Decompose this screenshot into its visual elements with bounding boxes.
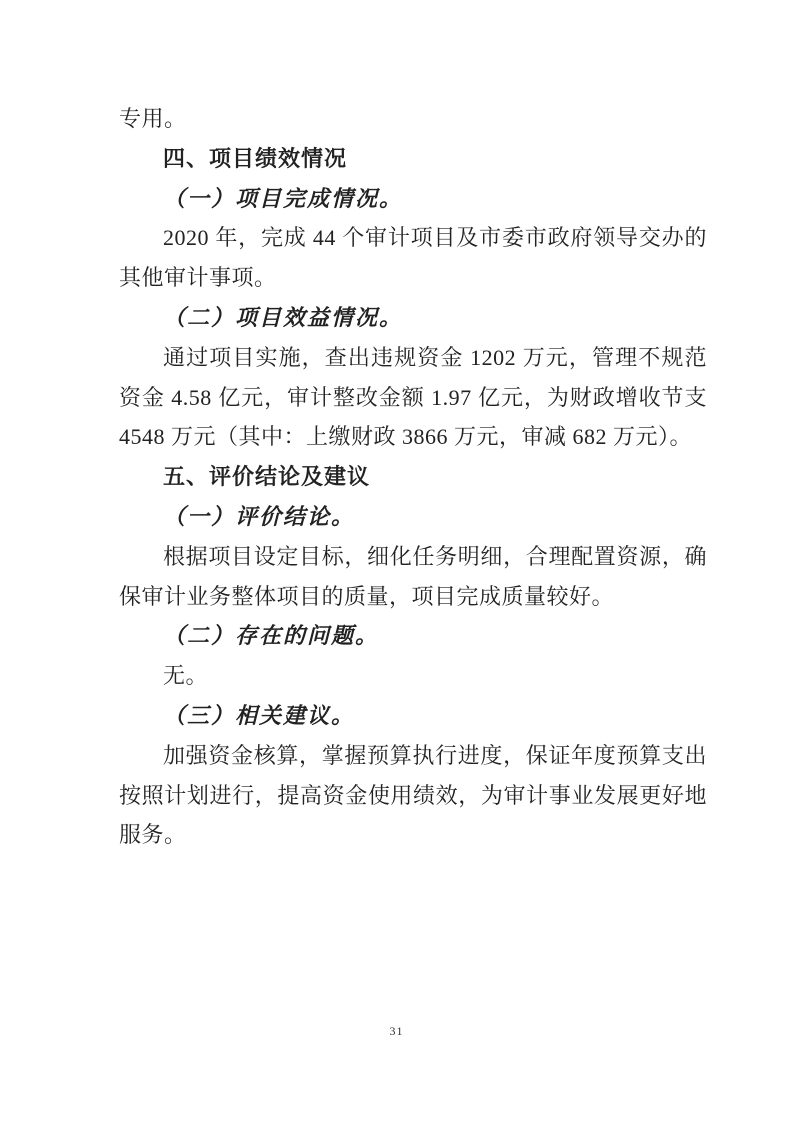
paragraph-line: 4548 万元（其中：上缴财政 3866 万元，审减 682 万元）。 (119, 417, 707, 457)
heading-section-five: 五、评价结论及建议 (119, 457, 707, 497)
paragraph-line: 无。 (119, 656, 707, 696)
paragraph-line: 通过项目实施，查出违规资金 1202 万元，管理不规范 (119, 338, 707, 378)
subheading-project-benefit: （二）项目效益情况。 (119, 298, 707, 338)
heading-section-four: 四、项目绩效情况 (119, 139, 707, 179)
paragraph-line: 其他审计事项。 (119, 258, 707, 298)
subheading-existing-problems: （二）存在的问题。 (119, 616, 707, 656)
paragraph-line: 2020 年，完成 44 个审计项目及市委市政府领导交办的 (119, 218, 707, 258)
paragraph-line: 按照计划进行，提高资金使用绩效，为审计事业发展更好地 (119, 776, 707, 816)
paragraph-line: 专用。 (119, 99, 707, 139)
document-page: 专用。 四、项目绩效情况 （一）项目完成情况。 2020 年，完成 44 个审计… (0, 0, 793, 1122)
paragraph-line: 服务。 (119, 815, 707, 855)
paragraph-line: 加强资金核算，掌握预算执行进度，保证年度预算支出 (119, 736, 707, 776)
subheading-evaluation-conclusion: （一）评价结论。 (119, 497, 707, 537)
subheading-project-completion: （一）项目完成情况。 (119, 179, 707, 219)
paragraph-line: 根据项目设定目标，细化任务明细，合理配置资源，确 (119, 537, 707, 577)
paragraph-line: 保审计业务整体项目的质量，项目完成质量较好。 (119, 577, 707, 617)
page-number: 31 (0, 1024, 793, 1039)
paragraph-line: 资金 4.58 亿元，审计整改金额 1.97 亿元，为财政增收节支 (119, 378, 707, 418)
document-body: 专用。 四、项目绩效情况 （一）项目完成情况。 2020 年，完成 44 个审计… (119, 99, 707, 855)
subheading-related-suggestions: （三）相关建议。 (119, 696, 707, 736)
